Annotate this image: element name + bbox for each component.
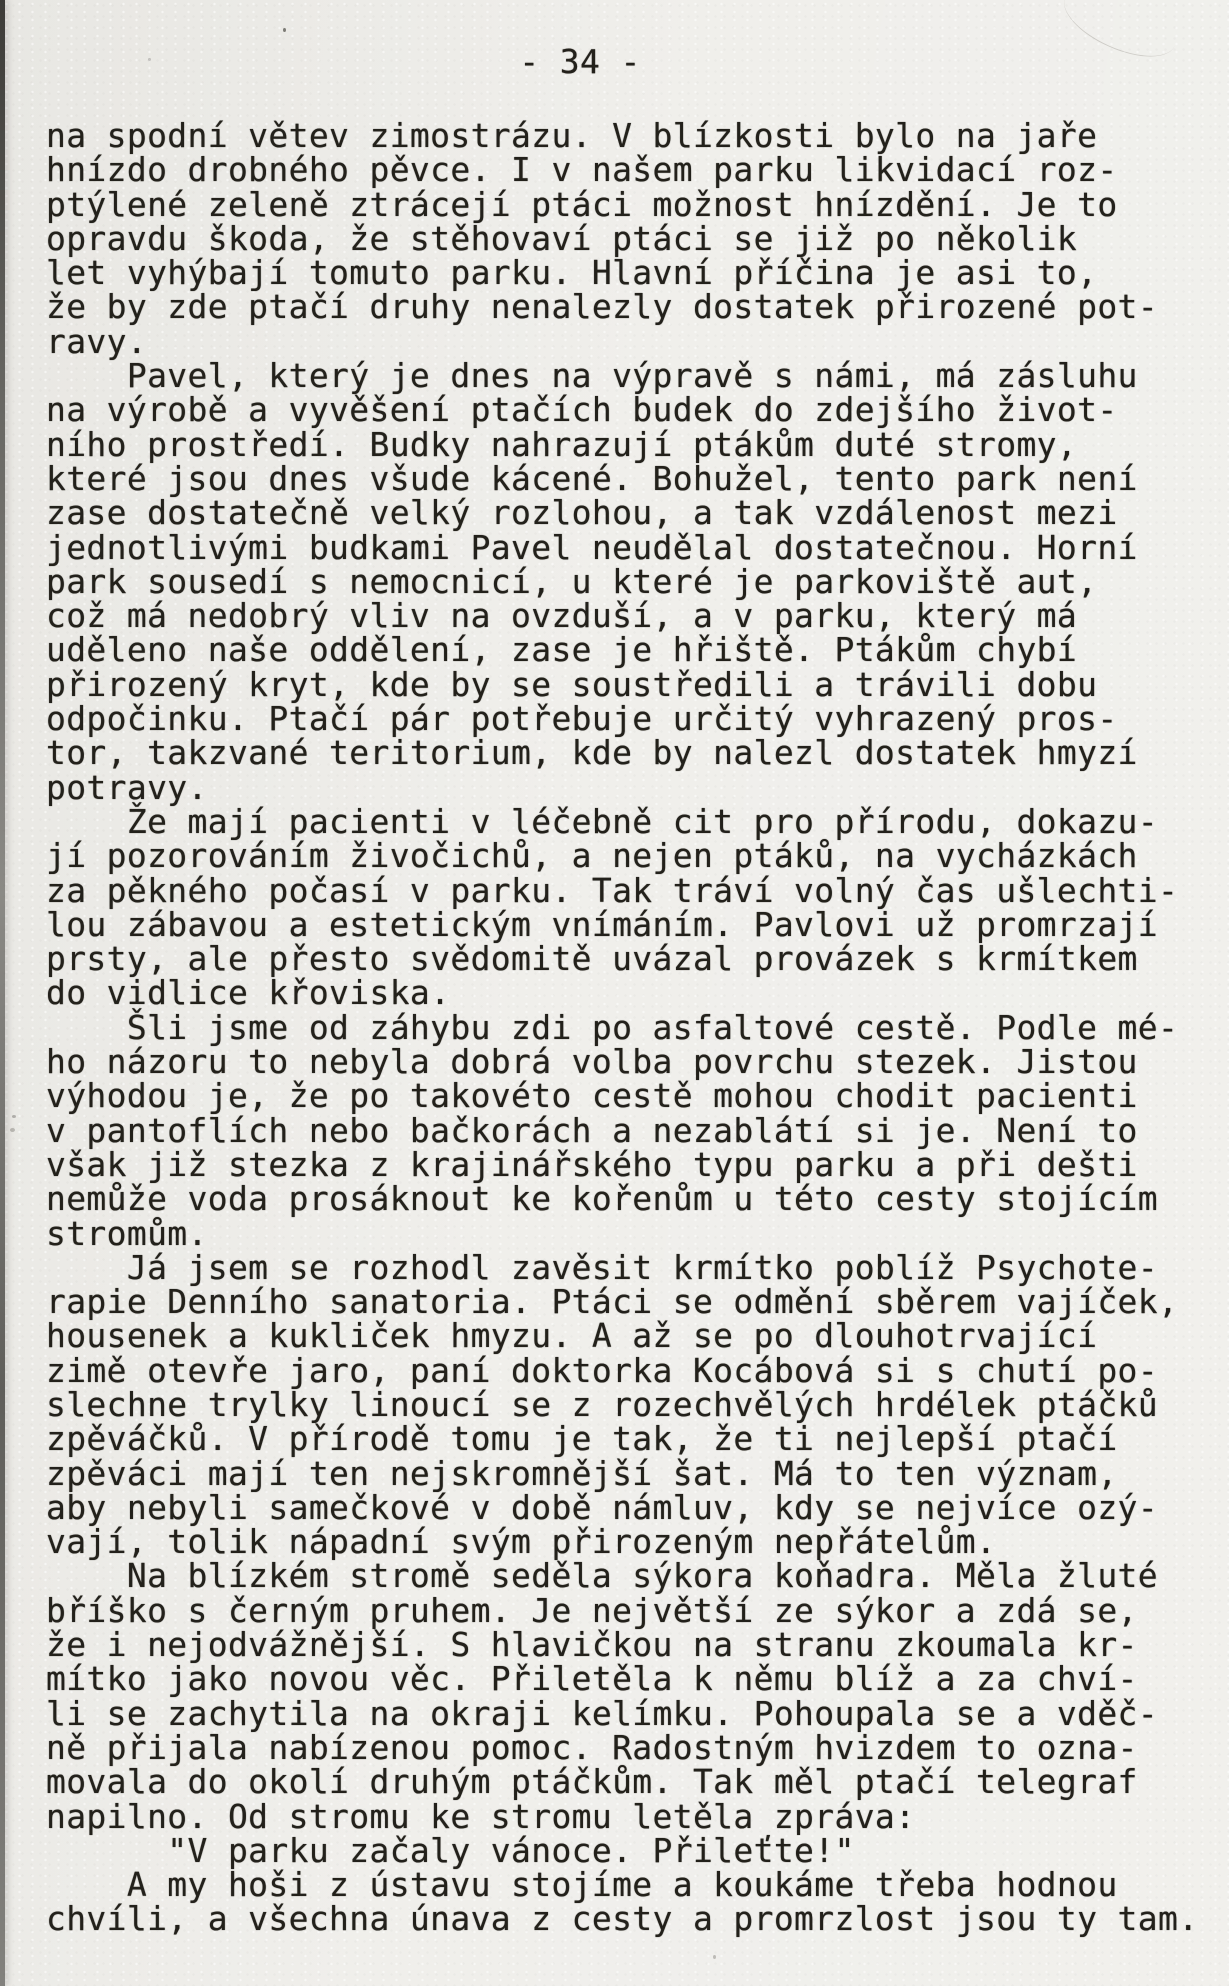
scanned-document-page: - 34 - na spodní větev zimostrázu. V blí… <box>0 0 1229 1986</box>
ink-speck <box>12 1115 16 1118</box>
typewritten-text: na spodní větev zimostrázu. V blízkosti … <box>46 119 1186 1937</box>
ink-speck <box>713 1955 716 1959</box>
ink-speck <box>10 1128 15 1132</box>
page-number: - 34 - <box>0 42 1160 81</box>
ink-speck <box>283 28 286 32</box>
scan-edge-shadow <box>0 0 5 1986</box>
